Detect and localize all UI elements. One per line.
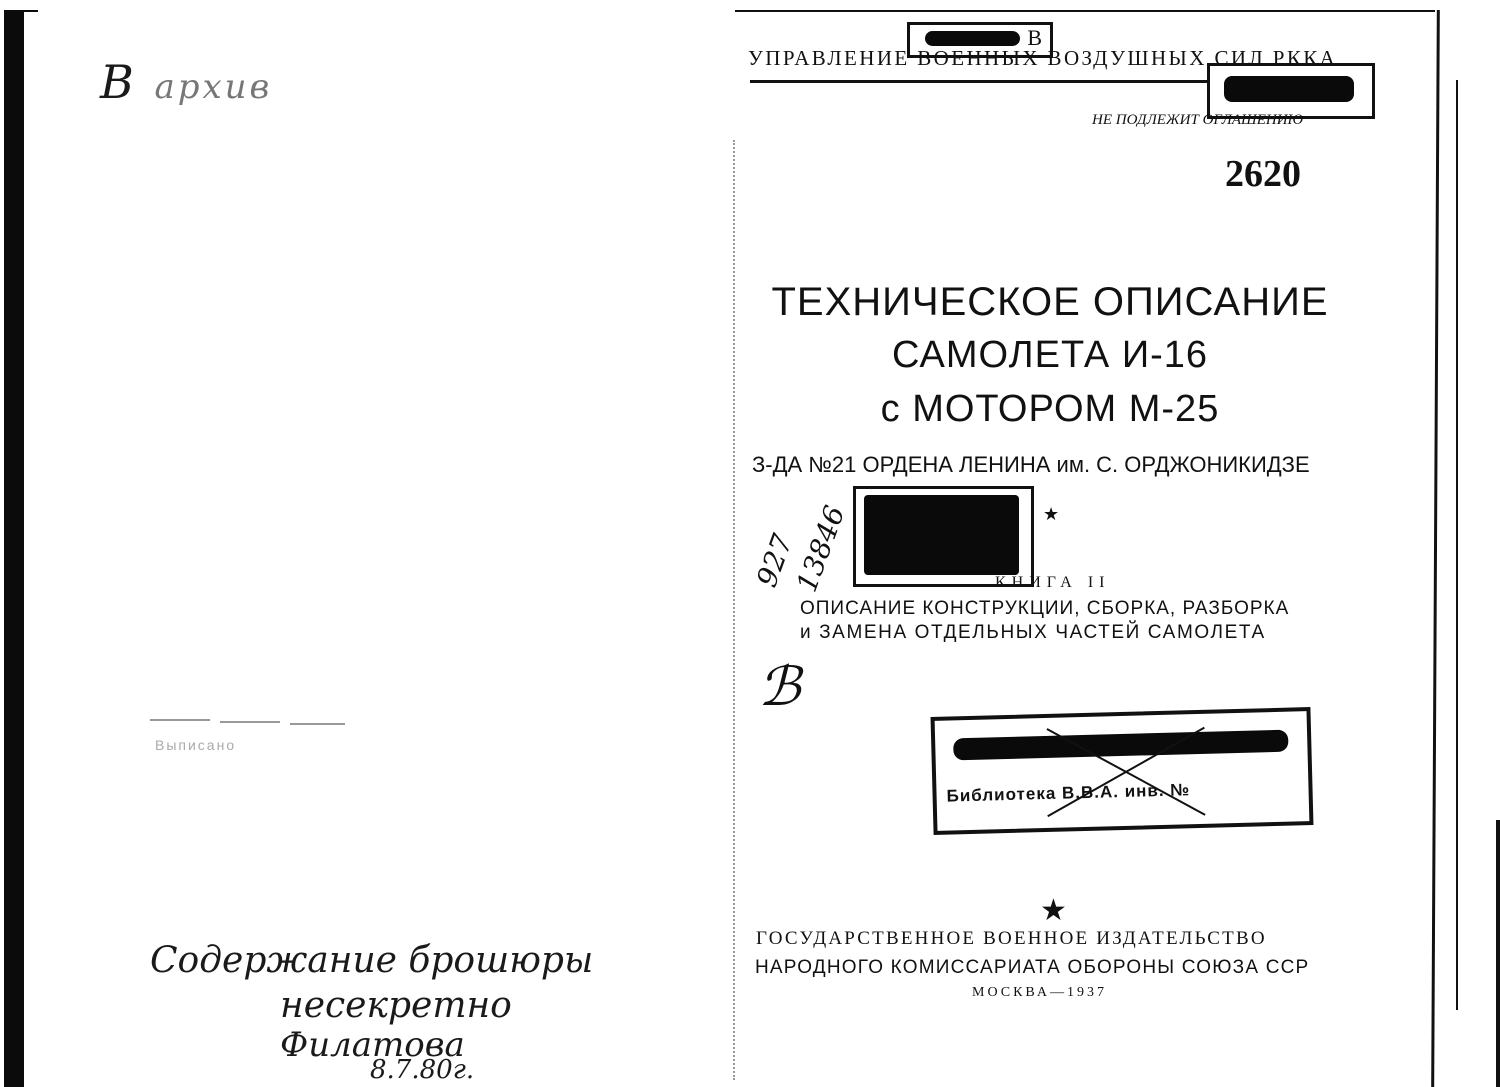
book-label: КНИГА II (995, 574, 1111, 592)
handwritten-archive-note: В архив (100, 55, 272, 109)
monogram-mark: ℬ (758, 655, 800, 718)
declassification-line-2: несекретно (280, 985, 512, 1026)
library-stamp: Библиотека В.В.А. инв. № (931, 707, 1314, 835)
redaction (1224, 76, 1354, 102)
redaction (953, 730, 1288, 761)
faded-stamp-text: Выписано (155, 737, 236, 753)
title-line-3: с МОТОРОМ М-25 (700, 388, 1400, 431)
redaction (925, 31, 1020, 46)
left-top-edge (4, 10, 38, 12)
redacted-stamp-middle (853, 486, 1034, 587)
faded-stamp-line (290, 723, 345, 725)
factory-line: З-ДА №21 ОРДЕНА ЛЕНИНА им. С. ОРДЖОНИКИД… (752, 452, 1310, 478)
publisher-line-1: ГОСУДАРСТВЕННОЕ ВОЕННОЕ ИЗДАТЕЛЬСТВО (756, 928, 1267, 950)
declassification-date: 8.7.80г. (370, 1055, 474, 1085)
faded-stamp-line (150, 719, 210, 721)
scan-edge (1496, 820, 1500, 1087)
publisher-line-2: НАРОДНОГО КОМИССАРИАТА ОБОРОНЫ СОЮЗА ССР (755, 957, 1309, 979)
left-binding-edge (4, 10, 24, 1087)
right-page-edge (1431, 10, 1440, 1087)
city-year: МОСКВА—1937 (972, 985, 1107, 1001)
handwritten-inventory-number: 13846 (790, 501, 851, 596)
title-line-2: САМОЛЕТА И-16 (700, 334, 1400, 377)
archive-word: архив (154, 67, 272, 107)
star-icon: ★ (1040, 896, 1067, 926)
subtitle-line-2: и ЗАМЕНА ОТДЕЛЬНЫХ ЧАСТЕЙ САМОЛЕТА (800, 622, 1266, 644)
subtitle-line-1: ОПИСАНИЕ КОНСТРУКЦИИ, СБОРКА, РАЗБОРКА (800, 598, 1289, 620)
faded-stamp: Выписано (150, 715, 350, 765)
faded-stamp-line (220, 721, 280, 723)
title-line-1: ТЕХНИЧЕСКОЕ ОПИСАНИЕ (700, 280, 1400, 325)
declassification-line-1: Содержание брошюры (150, 940, 593, 981)
star-icon: ★ (1043, 505, 1059, 523)
copy-number: 2620 (1225, 152, 1301, 196)
redacted-stamp-right (1207, 63, 1375, 119)
redaction (864, 495, 1019, 575)
right-page-edge-inner (1456, 80, 1458, 1010)
archive-prefix: В (100, 55, 137, 109)
classification-label: НЕ ПОДЛЕЖИТ ОГЛАШЕНИЮ (1092, 112, 1303, 129)
right-top-edge (735, 10, 1435, 12)
